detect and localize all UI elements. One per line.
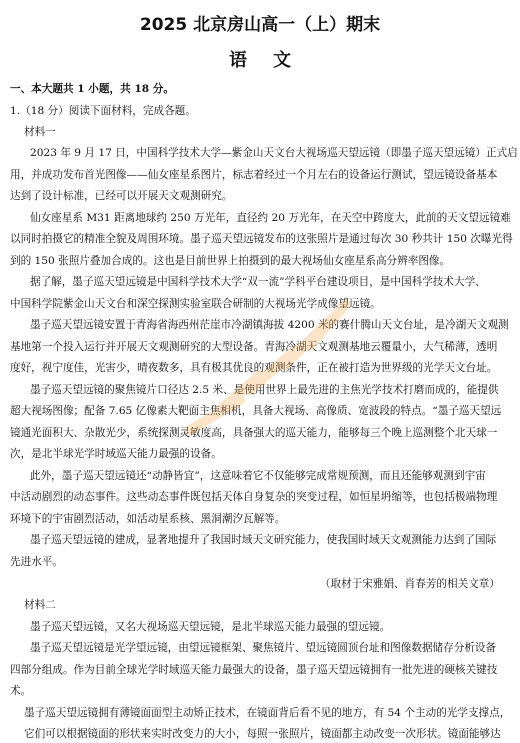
material2-label: 材料二	[24, 598, 520, 612]
subject-title: 语文	[0, 46, 520, 72]
paragraph-line: 仙女座星系 M31 距离地球约 250 万光年，直径约 20 万光年，在天空中跨…	[30, 211, 520, 225]
paragraph-line: 四部分组成。作为目前全球光学时域巡天能力最强大的设备，墨子巡天望远镜拥有一批先进…	[10, 663, 515, 677]
material1-label: 材料一	[24, 125, 520, 139]
paragraph-line: 环境下的宇宙剧烈活动，如活动星系核、黑洞潮汐瓦解等。	[10, 512, 515, 526]
paragraph-line: 次，是北半球光学时域巡天能力最强的设备。	[10, 447, 515, 461]
paragraph-line: 超大视场图像；配备 7.65 亿像素大靶面主焦相机，具备大视场、高像质、宽波段的…	[10, 404, 515, 418]
section-heading: 一、本大题共 1 小题，共 18 分。	[10, 82, 515, 96]
paragraph-line: 镜通光面积大、杂散光少，系统探测灵敏度高，具备强大的巡天能力，能够每三个晚上巡测…	[10, 426, 515, 440]
paragraph-line: 墨子巡天望远镜的建成，显著地提升了我国时域天文研究能力，使我国时域天文观测能力达…	[30, 533, 520, 547]
paragraph-line: 墨子巡天望远镜的聚焦镜片口径达 2.5 米、是使用世界上最先进的主焦光学技术打磨…	[30, 383, 520, 397]
paragraph-line: 墨子巡天望远镜是光学望远镜，由望远镜框架、聚焦镜片、望远镜圆顶台址和图像数据储存…	[30, 641, 520, 655]
exam-page: 2025 北京房山高一（上）期末 语文 一、本大题共 1 小题，共 18 分。 …	[0, 0, 520, 743]
paragraph-line: 墨子巡天望远镜安置于青海省海西州茫崖市冷湖镇海拔 4200 米的赛什腾山天文台址…	[30, 318, 520, 332]
paragraph-line: 此外，墨子巡天望远镜还“动静皆宜”，这意味着它不仅能够完成常规预测，而且还能够观…	[30, 469, 520, 483]
paragraph-line: 以同时拍摄它的精准全貌及周围环境。墨子巡天望远镜发布的这张照片是通过每次 30 …	[10, 232, 515, 246]
paragraph-line: 墨子巡天望远镜，又名大视场巡天望远镜，是北半球巡天能力最强的望远镜。	[30, 620, 520, 634]
paragraph-line: 基地第一个投入运行并开展天文观测研究的大型设备。青海冷湖天文观测基地云覆量小，大…	[10, 340, 515, 354]
paragraph-line: 它们可以根据镜面的形状来实时改变力的大小，每照一张照片，镜面都主动改变一次形状。…	[24, 727, 520, 741]
question-prompt: 1.（18 分）阅读下面材料，完成各题。	[10, 104, 515, 118]
paragraph-line: 中活动剧烈的动态事件。这些动态事件既包括天体自身复杂的突变过程，如恒星坍缩等，也…	[10, 490, 515, 504]
paragraph-line: 到的 150 张照片叠加合成的。这也是目前世界上拍摄到的最大视场仙女座星系高分辨…	[10, 254, 515, 268]
paragraph-line: 度好，视宁度佳，光害少，晴夜数多，具有极其优良的观测条件，正在被打造为世界级的光…	[10, 361, 515, 375]
source-citation: （取材于宋雅娟、肖春芳的相关文章）	[0, 577, 500, 591]
paragraph-line: 用，并成功发布首光图像——仙女座星系图片，标志着经过一个月左右的设备运行测试，望…	[10, 168, 515, 182]
paragraph-line: 2023 年 9 月 17 日，中国科学技术大学—紫金山天文台大视场巡天望远镜（…	[30, 146, 520, 160]
paragraph-line: 据了解，墨子巡天望远镜是中国科学技术大学“双一流”学科平台建设项目，是中国科学技…	[30, 275, 520, 289]
paragraph-line: 术。	[10, 684, 515, 698]
paragraph-line: 墨子巡天望远镜拥有薄镜面面型主动矫正技术，在镜面背后看不见的地方，有 54 个主…	[24, 706, 520, 720]
paragraph-line: 先进水平。	[10, 555, 515, 569]
paragraph-line: 达到了设计标准，已经可以开展天文观测研究。	[10, 189, 515, 203]
paragraph-line: 中国科学院紫金山天文台和深空探测实验室联合研制的大视场光学成像望远镜。	[10, 297, 515, 311]
exam-title: 2025 北京房山高一（上）期末	[0, 10, 520, 35]
